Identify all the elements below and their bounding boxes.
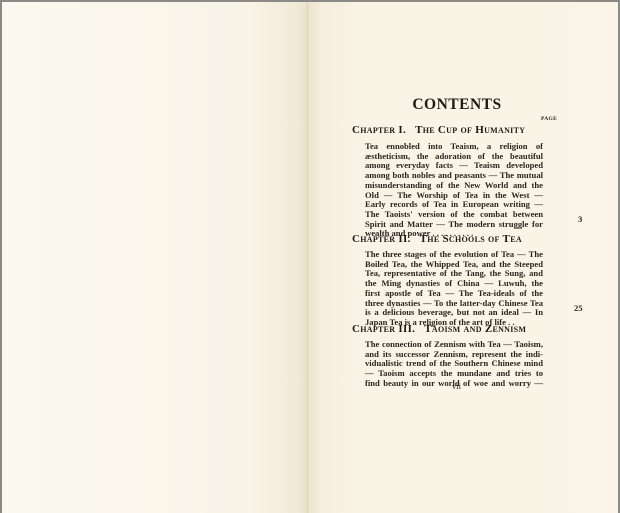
chapter-2-number: Chapter II. (352, 233, 411, 245)
chapter-1-number: Chapter I. (352, 124, 406, 136)
chapter-1-summary: Tea ennobled into Teaism, a religion of … (365, 142, 543, 239)
chapter-3-heading: Chapter III.Taoism and Zennism (352, 323, 526, 335)
book-gutter (307, 2, 308, 513)
left-page-blank (2, 2, 308, 513)
chapter-1-title: The Cup of Humanity (415, 124, 525, 136)
contents-page: CONTENTS PAGE Chapter I.The Cup of Human… (352, 96, 532, 114)
page-folio: vii (452, 381, 461, 391)
chapter-1-page: 3 (578, 214, 582, 224)
chapter-2-title: The Schools of Tea (420, 233, 522, 245)
page-column-label: PAGE (541, 116, 557, 122)
chapter-1-heading: Chapter I.The Cup of Humanity (352, 124, 525, 136)
chapter-2-summary: The three stages of the evolution of Tea… (365, 250, 543, 328)
chapter-2-page: 25 (574, 303, 583, 313)
chapter-3-title: Taoism and Zennism (424, 323, 526, 335)
chapter-2-heading: Chapter II.The Schools of Tea (352, 233, 522, 245)
chapter-3-number: Chapter III. (352, 323, 415, 335)
page-title: CONTENTS (382, 96, 532, 114)
